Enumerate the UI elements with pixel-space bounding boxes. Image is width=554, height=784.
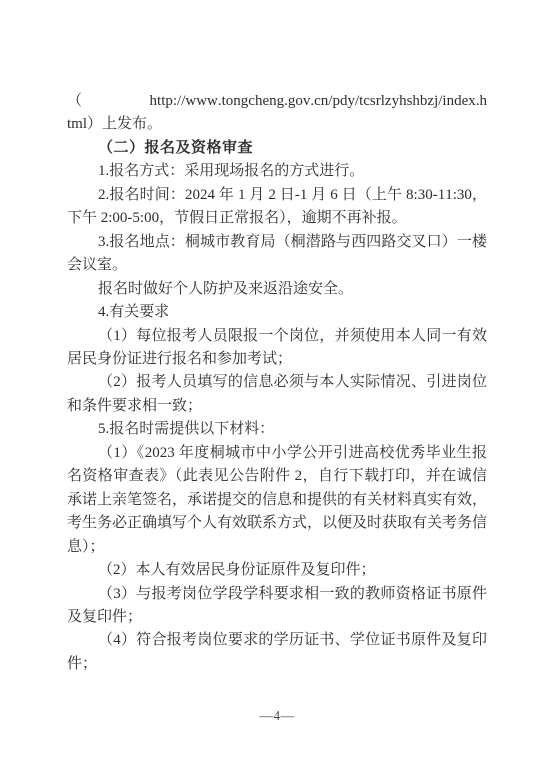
document-line: （1）《2023 年度桐城市中小学公开引进高校优秀毕业生报: [67, 442, 487, 465]
document-line: 1.报名方式：采用现场报名的方式进行。: [67, 160, 487, 183]
document-line: 考生务必正确填写个人有效联系方式，以便及时获取有关考务信: [67, 512, 487, 535]
document-line: （4）符合报考岗位要求的学历证书、学位证书原件及复印: [67, 629, 487, 652]
document-line: 及复印件；: [67, 606, 487, 629]
document-page: （http://www.tongcheng.gov.cn/pdy/tcsrlzy…: [0, 0, 554, 784]
document-line: （2）报考人员填写的信息必须与本人实际情况、引进岗位: [67, 371, 487, 394]
document-line: （1）每位报考人员限报一个岗位，并须使用本人同一有效: [67, 325, 487, 348]
document-line: 承诺上亲笔签名，承诺提交的信息和提供的有关材料真实有效，: [67, 489, 487, 512]
page-number: —4—: [0, 708, 554, 724]
document-line: 下午 2:00-5:00，节假日正常报名），逾期不再补报。: [67, 207, 487, 230]
document-line: （http://www.tongcheng.gov.cn/pdy/tcsrlzy…: [67, 90, 487, 113]
document-line: 息）；: [67, 536, 487, 559]
document-line: tml）上发布。: [67, 113, 487, 136]
document-line: （3）与报考岗位学段学科要求相一致的教师资格证书原件: [67, 583, 487, 606]
document-line: （2）本人有效居民身份证原件及复印件；: [67, 559, 487, 582]
document-line: 居民身份证进行报名和参加考试；: [67, 348, 487, 371]
document-line: 名资格审查表》（此表见公告附件 2，自行下载打印，并在诚信: [67, 465, 487, 488]
document-line: 5.报名时需提供以下材料：: [67, 418, 487, 441]
document-line: 3.报名地点：桐城市教育局（桐潜路与西四路交叉口）一楼: [67, 231, 487, 254]
document-line: 和条件要求相一致；: [67, 395, 487, 418]
document-line: （二）报名及资格审查: [67, 137, 487, 160]
document-line: 4.有关要求: [67, 301, 487, 324]
document-line: 件；: [67, 653, 487, 676]
document-line: 报名时做好个人防护及来返沿途安全。: [67, 278, 487, 301]
document-line: 2.报名时间：2024 年 1 月 2 日-1 月 6 日（上午 8:30-11…: [67, 184, 487, 207]
document-text: （http://www.tongcheng.gov.cn/pdy/tcsrlzy…: [67, 90, 487, 676]
document-line: 会议室。: [67, 254, 487, 277]
